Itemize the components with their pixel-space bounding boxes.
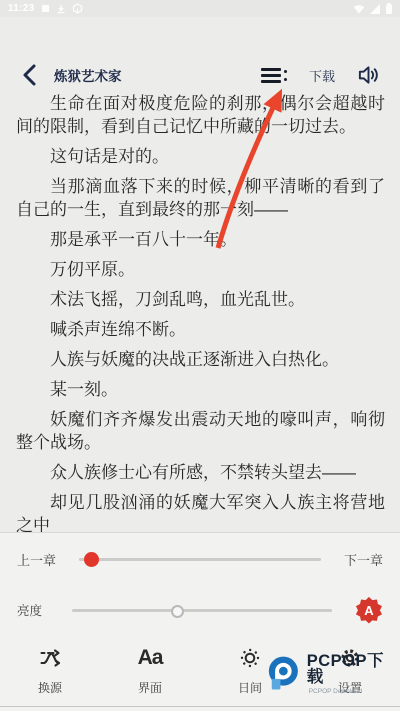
download-button[interactable]: 下载 (309, 66, 335, 85)
chapter-progress-slider[interactable] (79, 546, 321, 572)
auto-brightness-letter: A (355, 596, 383, 624)
interface-settings-button[interactable]: Aa 界面 (100, 645, 200, 696)
book-title: 炼狱艺术家 (54, 65, 122, 85)
back-chevron-icon (20, 63, 40, 87)
tool-label: 换源 (38, 679, 62, 696)
speaker-icon (357, 64, 380, 86)
paragraph: 这句话是对的。 (16, 145, 385, 168)
paragraph: 喊杀声连绵不断。 (16, 318, 385, 341)
vpn-box-icon (72, 3, 83, 14)
paragraph: 那是承平一百八十一年。 (16, 228, 385, 251)
chapter-slider-thumb[interactable] (84, 552, 99, 567)
tool-label: 界面 (138, 679, 162, 696)
brightness-row: 亮度 A (0, 593, 400, 627)
menu-dots (284, 70, 287, 81)
sun-icon (238, 645, 262, 671)
paragraph: 万仞平原。 (16, 258, 385, 281)
battery-icon (386, 3, 392, 14)
notification-square-icon (41, 4, 50, 13)
menu-bars (261, 68, 281, 83)
tool-label: 设置 (338, 679, 362, 696)
clock: 11:23 (8, 3, 35, 14)
paragraph: 某一刻。 (16, 378, 385, 401)
reader-header: 炼狱艺术家 下载 (0, 54, 400, 96)
paragraph: 妖魔们齐齐爆发出震动天地的嚎叫声，响彻整个战场。 (16, 408, 385, 454)
chapter-text[interactable]: 生命在面对极度危险的刹那，偶尔会超越时间的限制，看到自己记忆中所藏的一切过去。 … (16, 92, 385, 544)
paragraph: 众人族修士心有所感，不禁转头望去—— (16, 461, 385, 484)
reader-settings-panel: 上一章 下一章 亮度 A (0, 532, 400, 711)
brightness-slider-thumb[interactable] (171, 605, 184, 618)
prev-chapter-button[interactable]: 上一章 (17, 550, 56, 569)
reader-screen: 11:23 (0, 0, 400, 711)
status-bar: 11:23 (0, 0, 400, 17)
tts-volume-button[interactable] (357, 64, 380, 86)
settings-button[interactable]: 设置 (300, 645, 400, 696)
next-chapter-button[interactable]: 下一章 (344, 550, 383, 569)
paragraph: 当那滴血落下来的时候，柳平清晰的看到了自己的一生，直到最终的那一刻—— (16, 175, 385, 221)
download-status-icon (56, 4, 66, 14)
slider-track (79, 558, 321, 561)
wifi-icon (353, 4, 365, 14)
paragraph: 生命在面对极度危险的刹那，偶尔会超越时间的限制，看到自己记忆中所藏的一切过去。 (16, 92, 385, 138)
chapter-navigation-row: 上一章 下一章 (0, 546, 400, 572)
tool-label: 日间 (238, 679, 262, 696)
gear-icon (338, 645, 362, 671)
brightness-label: 亮度 (17, 601, 42, 619)
paragraph: 人族与妖魔的决战正逐渐进入白热化。 (16, 348, 385, 371)
auto-brightness-button[interactable]: A (355, 596, 383, 624)
catalog-menu-icon[interactable] (261, 68, 287, 83)
font-icon: Aa (138, 645, 163, 671)
signal-icon (370, 4, 381, 14)
paragraph: 术法飞摇，刀剑乱鸣，血光乱世。 (16, 288, 385, 311)
shuffle-icon (38, 645, 62, 671)
back-button[interactable] (20, 63, 40, 87)
brightness-slider[interactable] (72, 597, 332, 623)
change-source-button[interactable]: 换源 (0, 645, 100, 696)
day-mode-button[interactable]: 日间 (200, 645, 300, 696)
paragraph: 却见几股汹涌的妖魔大军突入人族主将营地之中 (16, 491, 385, 537)
bottom-divider (0, 706, 400, 707)
slider-track (72, 609, 332, 612)
bottom-toolbar: 换源 Aa 界面 日间 (0, 633, 400, 703)
